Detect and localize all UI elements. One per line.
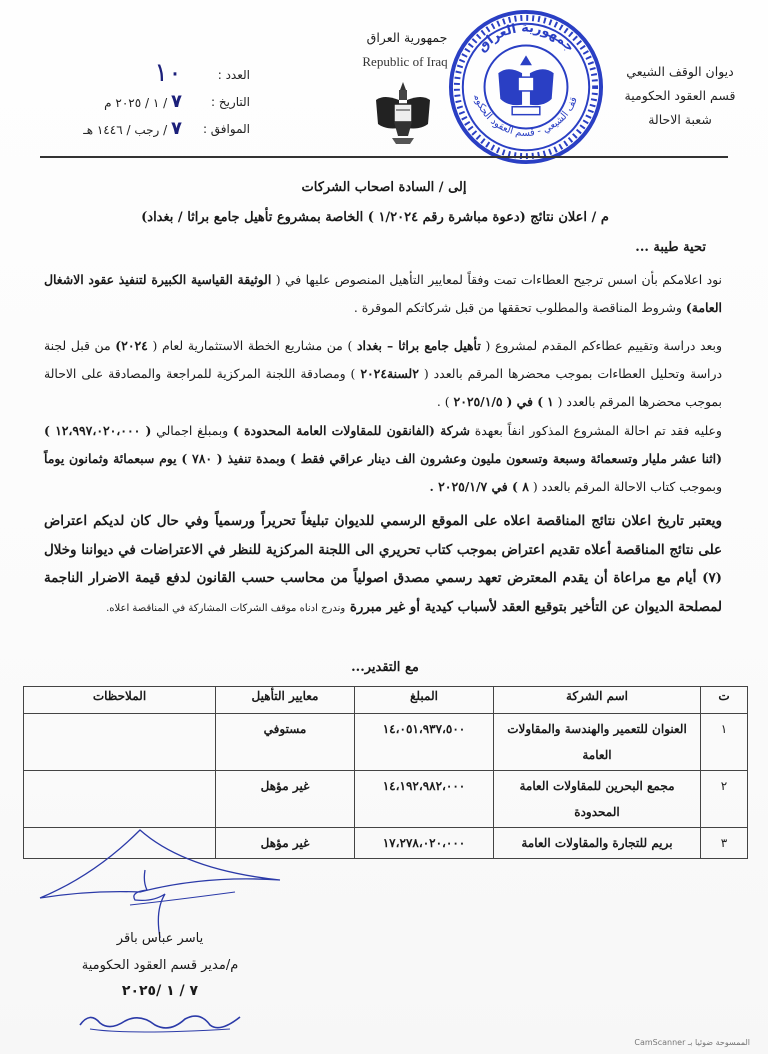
table-row: ٢ مجمع البحرين للمقاولات العامة المحدودة…: [24, 771, 748, 828]
table-header-row: ت اسم الشركة المبلغ معايير التأهيل الملا…: [24, 687, 748, 714]
signer-title: م/مدير قسم العقود الحكومية: [60, 952, 260, 979]
cell-no: ٢: [701, 771, 748, 828]
cell-amount: ١٧،٢٧٨،٠٢٠،٠٠٠: [355, 828, 494, 859]
signer-name: ياسر عباس باقر: [60, 925, 260, 952]
ref-date-rest: / ١ / ٢٠٢٥ م: [104, 96, 167, 110]
col-header-amount: المبلغ: [355, 687, 494, 714]
reference-block: العدد : ١٠ التاريخ : ٧ / ١ / ٢٠٢٥ م المو…: [40, 62, 250, 143]
recipient-line: إلى / السادة اصحاب الشركات: [100, 180, 668, 195]
paragraph-evaluation: وبعد دراسة وتقييم عطاءكم المقدم لمشروع (…: [44, 332, 722, 416]
col-header-notes: الملاحظات: [24, 687, 216, 714]
org-line: قسم العقود الحكومية: [610, 84, 750, 108]
table-row: ١ العنوان للتعمير والهندسة والمقاولات ال…: [24, 714, 748, 771]
subject-line: م / اعلان نتائج (دعوة مباشرة رقم ١/٢٠٢٤ …: [60, 210, 690, 225]
scanner-watermark: الممسوحة ضوئيا بـ CamScanner: [634, 1038, 750, 1047]
cell-criteria: مستوفي: [216, 714, 355, 771]
signature-scribble-icon: [35, 820, 295, 940]
paragraph-criteria: نود اعلامكم بأن اسس ترجيح العطاءات تمت و…: [44, 266, 722, 322]
org-line: شعبة الاحالة: [610, 108, 750, 132]
initials-scribble-icon: [70, 1003, 250, 1037]
ref-hijri-row: الموافق : ٧ / رجب / ١٤٤٦ هـ: [40, 116, 250, 143]
col-header-no: ت: [701, 687, 748, 714]
header-divider: [40, 156, 728, 158]
cell-notes: [24, 714, 216, 771]
organization-header: ديوان الوقف الشيعي قسم العقود الحكومية ش…: [610, 60, 750, 132]
ref-date-label: التاريخ :: [182, 89, 250, 116]
col-header-criteria: معايير التأهيل: [216, 687, 355, 714]
cell-notes: [24, 771, 216, 828]
ref-date-row: التاريخ : ٧ / ١ / ٢٠٢٥ م: [40, 89, 250, 116]
ref-hijri-rest: / رجب / ١٤٤٦ هـ: [83, 123, 167, 137]
col-header-company: اسم الشركة: [494, 687, 701, 714]
cell-no: ١: [701, 714, 748, 771]
iraq-emblem-icon: [372, 78, 434, 148]
official-seal-icon: جمهورية العراق الوقف الشيعي - قسم العقود…: [447, 8, 605, 166]
cell-amount: ١٤،٠٥١،٩٣٧،٥٠٠: [355, 714, 494, 771]
ref-number-row: العدد : ١٠: [40, 62, 250, 89]
cell-amount: ١٤،١٩٢،٩٨٢،٠٠٠: [355, 771, 494, 828]
cell-company: العنوان للتعمير والهندسة والمقاولات العا…: [494, 714, 701, 771]
cell-no: ٣: [701, 828, 748, 859]
greeting: تحية طيبة ...: [635, 240, 706, 255]
cell-company: مجمع البحرين للمقاولات العامة المحدودة: [494, 771, 701, 828]
signer-block: ياسر عباس باقر م/مدير قسم العقود الحكومي…: [60, 925, 260, 979]
ref-date-day: ٧: [171, 91, 182, 112]
cell-company: بريم للتجارة والمقاولات العامة: [494, 828, 701, 859]
signature-date: ٧ / ١ /٢٠٢٥: [60, 983, 260, 999]
republic-arabic: جمهورية العراق: [352, 30, 462, 45]
paragraph-objection: ويعتبر تاريخ اعلان نتائج المناقصة اعلاه …: [44, 507, 722, 623]
ref-number-value: ١٠: [154, 58, 182, 88]
document-page: ديوان الوقف الشيعي قسم العقود الحكومية ش…: [0, 0, 768, 1054]
org-line: ديوان الوقف الشيعي: [610, 60, 750, 84]
paragraph-award: وعليه فقد تم احالة المشروع المذكور انفاً…: [44, 417, 722, 501]
cell-criteria: غير مؤهل: [216, 771, 355, 828]
ref-number-label: العدد :: [182, 62, 250, 89]
ref-hijri-label: الموافق :: [182, 116, 250, 143]
ref-hijri-day: ٧: [171, 118, 182, 139]
closing-regards: مع التقدير...: [260, 660, 510, 675]
